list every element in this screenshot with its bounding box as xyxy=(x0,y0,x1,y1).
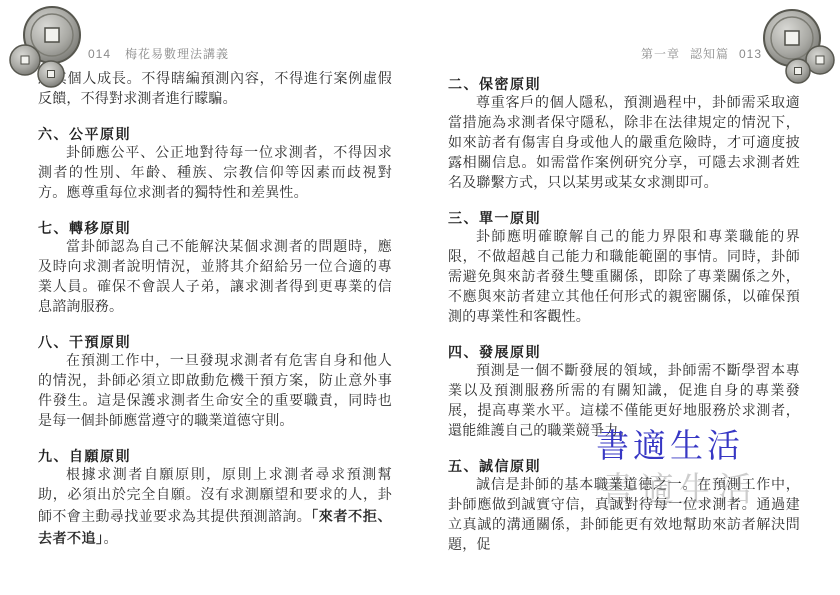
section-heading-voluntary: 九、自願原則 xyxy=(38,446,392,466)
section-body-voluntary: 根據求測者自願原則，原則上求測者尋求預測幫助，必須出於完全自願。沒有求測願望和要… xyxy=(38,466,392,550)
book-title: 梅花易數理法講義 xyxy=(125,47,229,61)
coins-ornament-left-icon xyxy=(6,4,90,92)
book-spread: 014梅花易數理法講義 進其個人成長。不得瞎編預測內容，不得進行案例虛假反饋，不… xyxy=(0,0,840,595)
section-heading-confidentiality: 二、保密原則 xyxy=(448,74,800,94)
section-body-fairness: 卦師應公平、公正地對待每一位求測者，不得因求測者的性別、年齡、種族、宗教信仰等因… xyxy=(38,144,392,204)
voluntary-body-tail: 。 xyxy=(104,532,118,547)
watermark-blue: 書適生活 xyxy=(596,429,744,465)
section-body-single-relationship: 卦師應明確瞭解自己的能力界限和專業職能的界限，不做超越自己能力和職能範圍的事情。… xyxy=(448,228,800,328)
page-number-left: 014 xyxy=(88,47,111,61)
left-text-block: 014梅花易數理法講義 進其個人成長。不得瞎編預測內容，不得進行案例虛假反饋，不… xyxy=(38,44,392,550)
page-right: 第一章認知篇013 二、保密原則 尊重客戶的個人隱私，預測過程中，卦師需采取適當… xyxy=(420,0,840,595)
coins-ornament-right-icon xyxy=(750,8,838,86)
section-body-confidentiality: 尊重客戶的個人隱私，預測過程中，卦師需采取適當措施為求測者保守隱私，除非在法律規… xyxy=(448,94,800,194)
chapter-section-label: 認知篇 xyxy=(690,47,729,61)
section-body-intervention: 在預測工作中，一旦發現求測者有危害自身和他人的情況，卦師必須立即啟動危機干預方案… xyxy=(38,352,392,432)
running-header-left: 014梅花易數理法講義 xyxy=(38,44,392,64)
section-heading-single-relationship: 三、單一原則 xyxy=(448,208,800,228)
section-heading-intervention: 八、干預原則 xyxy=(38,332,392,352)
section-heading-development: 四、發展原則 xyxy=(448,342,800,362)
section-heading-referral: 七、轉移原則 xyxy=(38,218,392,238)
continued-paragraph: 進其個人成長。不得瞎編預測內容，不得進行案例虛假反饋，不得對求測者進行矇騙。 xyxy=(38,70,392,110)
running-header-right: 第一章認知篇013 xyxy=(448,44,800,64)
chapter-label: 第一章 xyxy=(641,47,680,61)
section-body-referral: 當卦師認為自己不能解決某個求測者的問題時，應及時向求測者說明情況，並將其介紹給另… xyxy=(38,238,392,318)
section-heading-fairness: 六、公平原則 xyxy=(38,124,392,144)
section-body-integrity: 誠信是卦師的基本職業道德之一。在預測工作中，卦師應做到誠實守信，真誠對待每一位求… xyxy=(448,476,800,556)
right-text-block: 第一章認知篇013 二、保密原則 尊重客戶的個人隱私，預測過程中，卦師需采取適當… xyxy=(448,44,800,556)
